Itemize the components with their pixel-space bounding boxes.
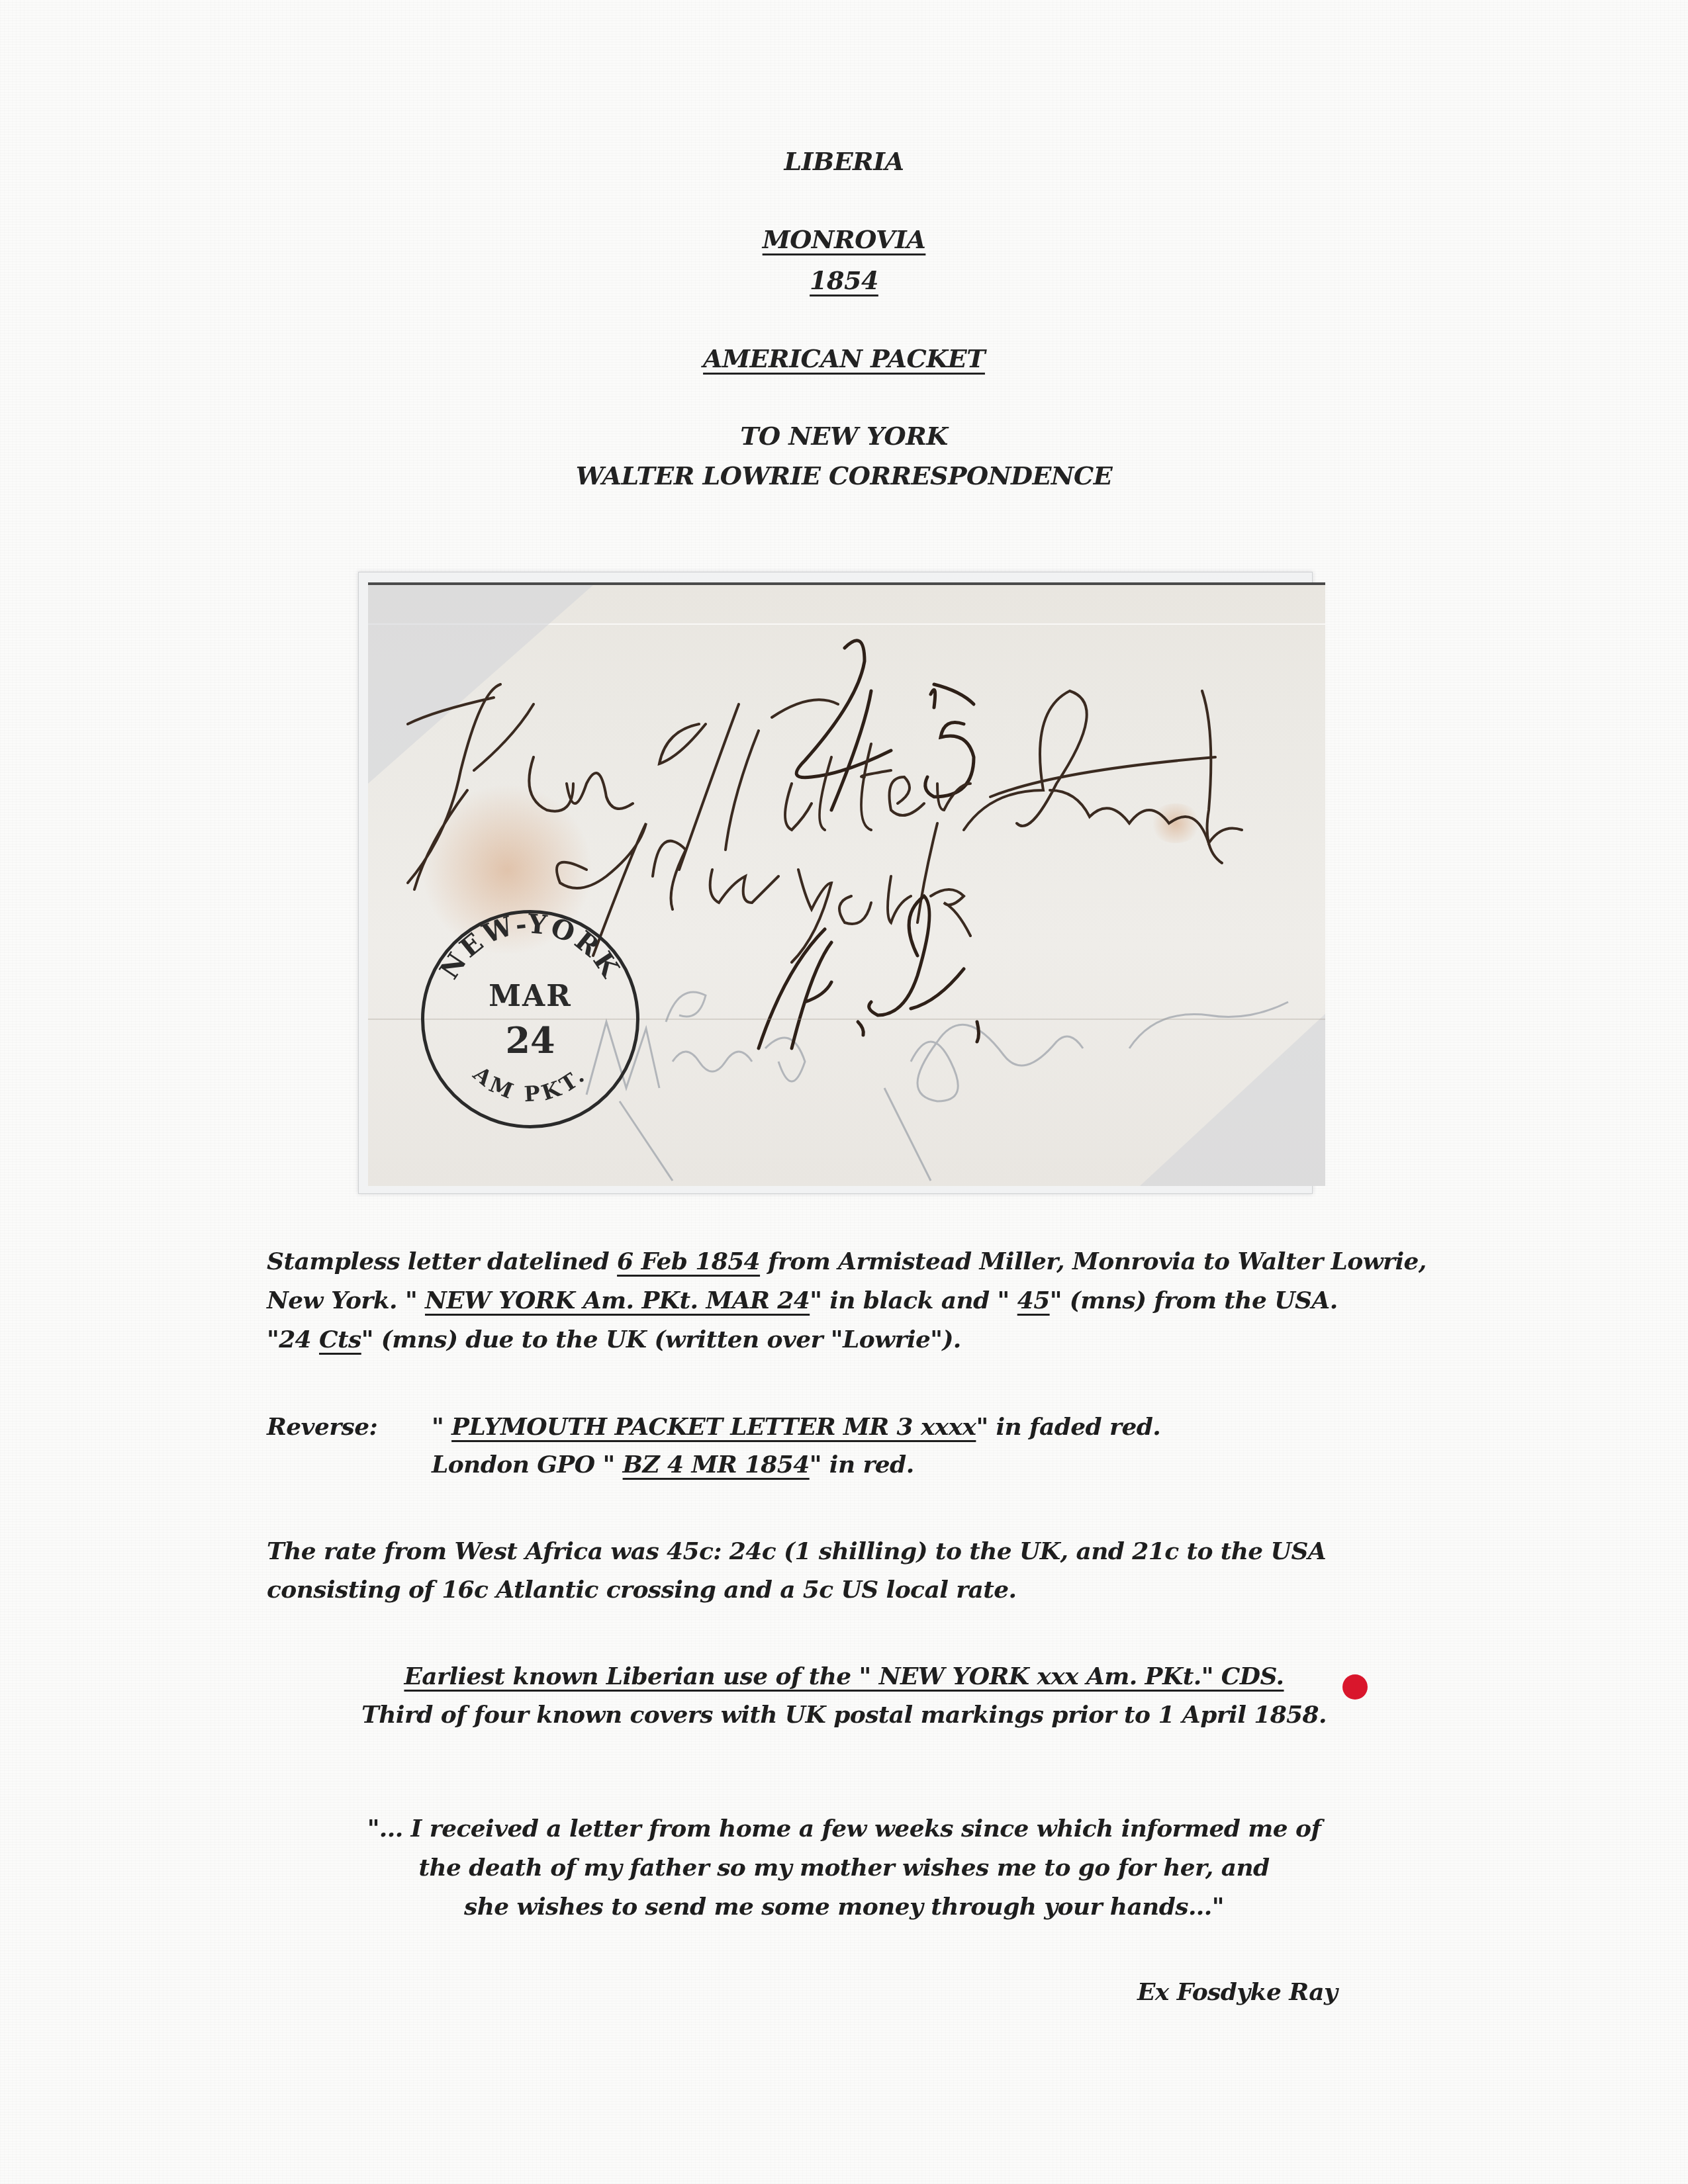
reverse-label: Reverse: (267, 1415, 377, 1439)
year-title: 1854 (0, 268, 1688, 293)
dateline: 6 Feb 1854 (617, 1248, 760, 1275)
quote-line-1: "... I received a letter from home a few… (0, 1817, 1688, 1841)
postmark-month: MAR (424, 979, 636, 1013)
correspondence-title: WALTER LOWRIE CORRESPONDENCE (0, 463, 1688, 488)
provenance: Ex Fosdyke Ray (1137, 1980, 1337, 2004)
postmark-day: 24 (424, 1019, 636, 1062)
route-title: AMERICAN PACKET (0, 346, 1688, 371)
reverse-line-2: London GPO " BZ 4 MR 1854" in red. (432, 1453, 914, 1477)
significance-line-1: Earliest known Liberian use of the " NEW… (0, 1664, 1688, 1688)
rate-line-1: The rate from West Africa was 45c: 24c (… (267, 1539, 1326, 1563)
svg-text:AM PKT.: AM PKT. (468, 1061, 592, 1107)
reverse-line-1: " PLYMOUTH PACKET LETTER MR 3 xxxx" in f… (432, 1415, 1160, 1439)
description-line-1: Stampless letter datelined 6 Feb 1854 fr… (267, 1250, 1427, 1273)
destination-title: TO NEW YORK (0, 424, 1688, 449)
quote-line-2: the death of my father so my mother wish… (0, 1856, 1688, 1880)
description-line-2: New York. " NEW YORK Am. PKt. MAR 24" in… (267, 1289, 1338, 1312)
postmark-reference: NEW YORK Am. PKt. MAR 24 (425, 1287, 810, 1314)
quote-line-3: she wishes to send me some money through… (0, 1895, 1688, 1919)
description-line-3: "24 Cts" (mns) due to the UK (written ov… (267, 1328, 961, 1351)
town-title: MONROVIA (0, 227, 1688, 252)
red-dot-marker (1342, 1674, 1368, 1700)
country-title: LIBERIA (0, 149, 1688, 174)
svg-text:NEW-YORK: NEW-YORK (434, 913, 627, 985)
rate-line-2: consisting of 16c Atlantic crossing and … (267, 1578, 1017, 1602)
rate-reference: 45 (1017, 1287, 1050, 1314)
new-york-am-pkt-postmark: NEW-YORK AM PKT. MAR 24 (421, 910, 639, 1128)
significance-line-2: Third of four known covers with UK posta… (0, 1703, 1688, 1727)
